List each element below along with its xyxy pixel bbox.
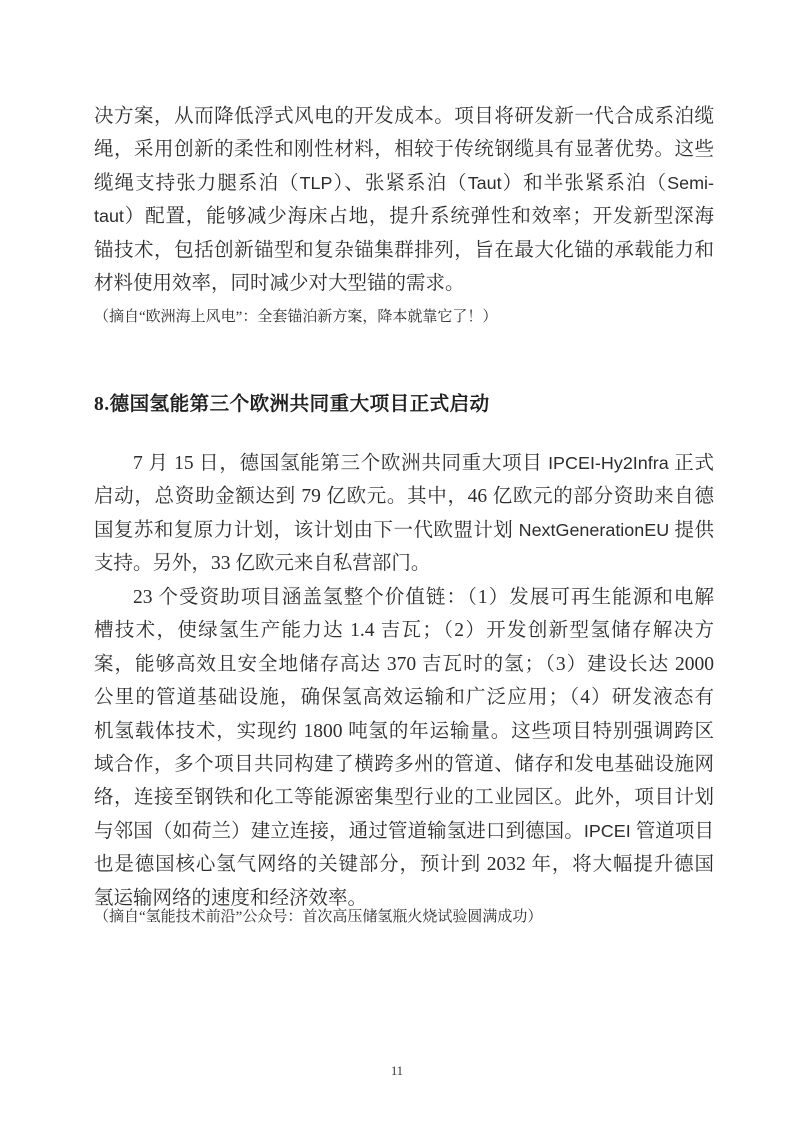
text-line: 国复苏和复原力计划，该计划由下一代欧盟计划 NextGenerationEU 提… bbox=[94, 514, 714, 547]
continued-paragraph: 决方案，从而降低浮式风电的开发成本。项目将研发新一代合成系泊缆 绳，采用创新的柔… bbox=[94, 100, 714, 300]
text-line: 络，连接至钢铁和化工等能源密集型行业的工业园区。此外，项目计划 bbox=[94, 781, 714, 814]
text-line: 与邻国（如荷兰）建立连接，通过管道输氢进口到德国。IPCEI 管道项目 bbox=[94, 815, 714, 848]
source-citation: （摘自“氢能技术前沿”公众号：首次高压储氢瓶火烧试验圆满成功） bbox=[94, 906, 714, 928]
text-line: 决方案，从而降低浮式风电的开发成本。项目将研发新一代合成系泊缆 bbox=[94, 100, 714, 133]
text-line: 绳，采用创新的柔性和刚性材料，相较于传统钢缆具有显著优势。这些 bbox=[94, 133, 714, 166]
text-line: 域合作，多个项目共同构建了横跨多州的管道、储存和发电基础设施网 bbox=[94, 748, 714, 781]
text-line: 也是德国核心氢气网络的关键部分，预计到 2032 年，将大幅提升德国 bbox=[94, 848, 714, 881]
text-line: 槽技术，使绿氢生产能力达 1.4 吉瓦；（2）开发创新型氢储存解决方 bbox=[94, 614, 714, 647]
text-line: taut）配置，能够减少海床占地，提升系统弹性和效率；开发新型深海 bbox=[94, 200, 714, 233]
text-line: 公里的管道基础设施，确保氢高效运输和广泛应用；（4）研发液态有 bbox=[94, 681, 714, 714]
text-line: 启动，总资助金额达到 79 亿欧元。其中，46 亿欧元的部分资助来自德 bbox=[94, 480, 714, 513]
text-line: 23 个受资助项目涵盖氢整个价值链：（1）发展可再生能源和电解 bbox=[94, 581, 714, 614]
text-line: 缆绳支持张力腿系泊（TLP）、张紧系泊（Taut）和半张紧系泊（Semi- bbox=[94, 167, 714, 200]
paragraph: 23 个受资助项目涵盖氢整个价值链：（1）发展可再生能源和电解 槽技术，使绿氢生… bbox=[94, 581, 714, 915]
text-line: 材料使用效率，同时减少对大型锚的需求。 bbox=[94, 267, 714, 300]
page-number: 11 bbox=[0, 1064, 794, 1079]
text-line: 锚技术，包括创新锚型和复杂锚集群排列，旨在最大化锚的承载能力和 bbox=[94, 234, 714, 267]
text-line: 支持。另外，33 亿欧元来自私营部门。 bbox=[94, 547, 714, 580]
paragraph: 7 月 15 日，德国氢能第三个欧洲共同重大项目 IPCEI-Hy2Infra … bbox=[94, 447, 714, 581]
section-heading: 8.德国氢能第三个欧洲共同重大项目正式启动 bbox=[94, 390, 714, 420]
text-line: 机氢载体技术，实现约 1800 吨氢的年运输量。这些项目特别强调跨区 bbox=[94, 715, 714, 748]
text-line: 案，能够高效且安全地储存高达 370 吉瓦时的氢；（3）建设长达 2000 bbox=[94, 648, 714, 681]
document-page: 决方案，从而降低浮式风电的开发成本。项目将研发新一代合成系泊缆 绳，采用创新的柔… bbox=[0, 0, 794, 1123]
text-line: 7 月 15 日，德国氢能第三个欧洲共同重大项目 IPCEI-Hy2Infra … bbox=[94, 447, 714, 480]
source-citation: （摘自“欧洲海上风电”：全套锚泊新方案，降本就靠它了！） bbox=[94, 306, 714, 328]
